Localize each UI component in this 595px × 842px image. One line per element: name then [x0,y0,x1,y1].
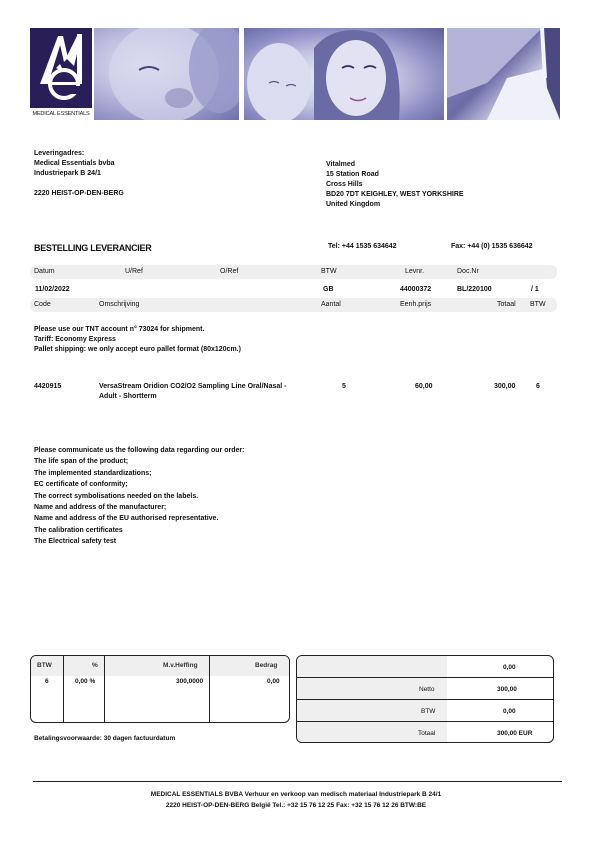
footer-line-2: 2220 HEIST-OP-DEN-BERG België Tel.: +32 … [30,801,562,810]
delivery-address-label: Leveringadres: [34,149,124,159]
vat-value-btw: 6 [45,677,49,687]
supplier-address-line: Vitalmed [326,160,464,170]
header-docnr: Doc.Nr [457,265,479,279]
infant-photo-shape [94,28,239,120]
payment-terms: Betalingsvoorwaarde: 30 dagen factuurdat… [34,735,175,742]
supplier-address: Vitalmed 15 Station Road Cross Hills BD2… [326,160,464,210]
header-code: Code [34,298,51,312]
supplier-phone: Tel: +44 1535 634642 [328,242,397,252]
company-logo: MEDICAL ESSENTIALS [30,28,92,120]
vat-header-amount: Bedrag [255,659,277,673]
requirements-intro: Please communicate us the following data… [34,445,244,456]
supplier-fax: Fax: +44 (0) 1535 636642 [451,242,533,252]
header-oref: O/Ref [220,265,238,279]
header-description: Omschrijving [99,298,139,312]
header-total: Totaal [497,298,516,312]
vat-header-btw: BTW [37,659,52,673]
supplier-address-line: United Kingdom [326,200,464,210]
line-unit-price: 60,00 [415,382,433,392]
value-docnr: BL/220100 [457,283,492,297]
delivery-address-line: Industriepark B 24/1 [34,169,124,179]
vat-divider [63,656,64,722]
header-line-btw: BTW [530,298,546,312]
requirement-item: The implemented standardizations; [34,468,244,479]
header-unit-price: Eenh.prijs [400,298,431,312]
delivery-address-line [34,179,124,189]
requirements-list: Please communicate us the following data… [34,445,244,548]
totals-divider [297,677,553,678]
netto-label: Netto [419,683,435,697]
supplier-address-line: Cross Hills [326,180,464,190]
footer-line-1: MEDICAL ESSENTIALS BVBA Verhuur en verko… [30,790,562,799]
shipping-note: Tariff: Economy Express [34,335,241,345]
vat-header-band [31,656,289,676]
vat-divider [104,656,105,722]
logo-caption: MEDICAL ESSENTIALS [30,111,92,117]
totals-divider [297,721,553,722]
vat-value-base: 300,0000 [176,677,203,687]
mother-and-baby-photo [244,28,444,120]
btw-value: 0,00 [503,705,516,719]
surgeon-shape [447,28,560,120]
me-monogram-icon [30,28,92,108]
requirement-item: The correct symbolisations needed on the… [34,491,244,502]
vat-value-amount: 0,00 [267,677,280,687]
line-quantity: 5 [342,382,346,392]
vat-divider [209,656,210,722]
surgeon-mask-photo [447,28,560,120]
totals-divider [297,699,553,700]
line-description-1: VersaStream Oridion CO2/O2 Sampling Line… [99,382,287,392]
header-levnr: Levnr. [405,265,424,279]
header-datum: Datum [34,265,55,279]
shipping-note: Pallet shipping: we only accept euro pal… [34,345,241,355]
vat-header-percent: % [92,659,98,673]
requirement-item: Name and address of the manufacturer; [34,502,244,513]
line-total: 300,00 [494,382,515,392]
requirement-item: The calibration certificates [34,525,244,536]
total-label: Totaal [418,727,435,741]
logo-mark [30,28,92,108]
vat-value-percent: 0,00 % [75,677,95,687]
delivery-address-line: 2220 HEIST-OP-DEN-BERG [34,189,124,199]
shipping-notes: Please use our TNT account n° 73024 for … [34,325,241,355]
requirement-item: EC certificate of conformity; [34,479,244,490]
table-row: 4420915 VersaStream Oridion CO2/O2 Sampl… [0,382,595,404]
btw-label: BTW [421,705,435,719]
line-description-2: Adult - Shortterm [99,392,157,402]
delivery-address-line: Medical Essentials bvba [34,159,124,169]
value-btw: GB [323,283,334,297]
value-datum: 11/02/2022 [35,283,70,297]
value-page: / 1 [531,283,539,297]
vat-table: BTW % M.v.Heffing Bedrag 6 0,00 % 300,00… [30,655,290,723]
supplier-address-line: 15 Station Road [326,170,464,180]
value-levnr: 44000372 [400,283,431,297]
delivery-address: Leveringadres: Medical Essentials bvba I… [34,149,124,199]
requirement-item: The life span of the product; [34,456,244,467]
header-banner: MEDICAL ESSENTIALS [30,28,560,120]
vat-header-base: M.v.Heffing [163,659,198,673]
requirement-item: Name and address of the EU authorised re… [34,513,244,524]
shipping-note: Please use our TNT account n° 73024 for … [34,325,241,335]
totals-first-value: 0,00 [503,661,516,675]
line-code: 4420915 [34,382,61,392]
requirement-item: The Electrical safety test [34,536,244,547]
mother-baby-shape [244,28,444,120]
footer-divider [33,781,562,782]
total-value: 300,00 EUR [497,727,532,741]
header-uref: U/Ref [125,265,143,279]
document-title: BESTELLING LEVERANCIER [34,243,151,253]
supplier-address-line: BD20 7DT KEIGHLEY, WEST YORKSHIRE [326,190,464,200]
infant-feeding-photo [94,28,239,120]
header-quantity: Aantal [321,298,341,312]
totals-table: 0,00 Netto 300,00 BTW 0,00 Totaal 300,00… [296,655,554,743]
line-btw: 6 [536,382,540,392]
header-btw: BTW [321,265,337,279]
netto-value: 300,00 [497,683,517,697]
